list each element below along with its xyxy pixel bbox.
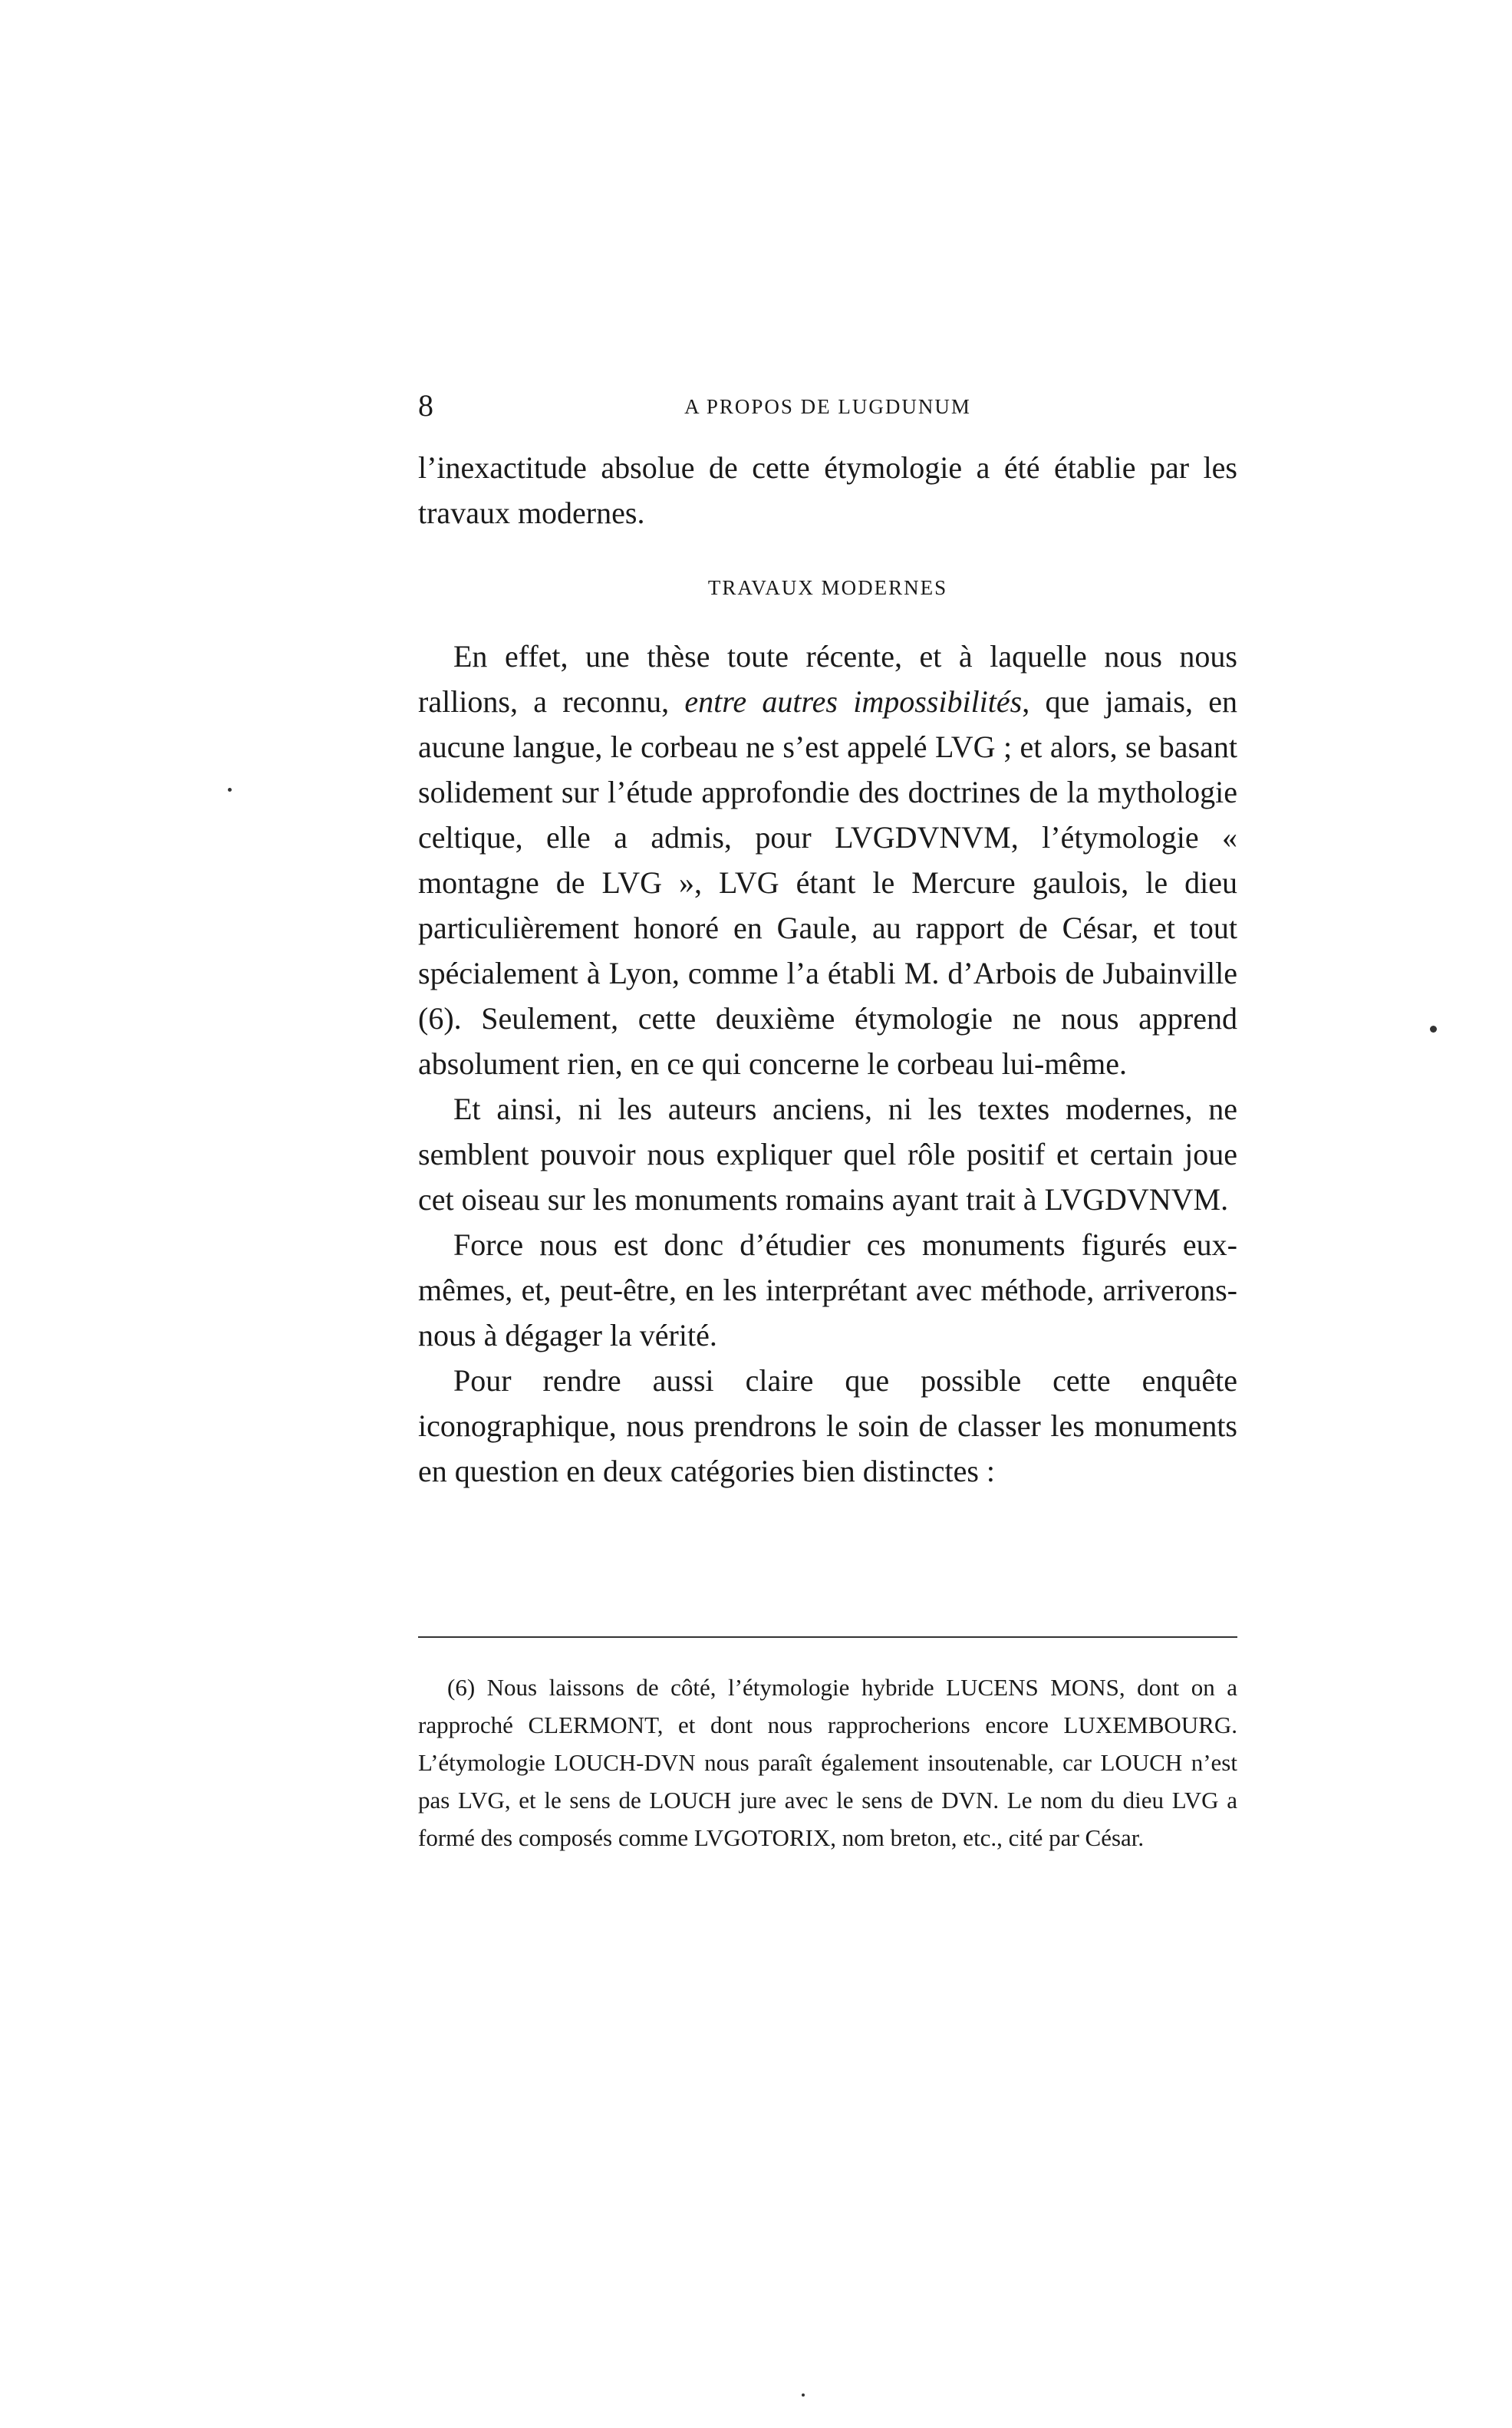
footnote-6: (6) Nous laissons de côté, l’étymologie … (418, 1669, 1237, 1856)
footnote-marker: (6) (447, 1674, 475, 1701)
opening-continuation: l’inexactitude absolue de cette étymolog… (418, 445, 1237, 535)
paragraph-4: Pour rendre aussi claire que possible ce… (418, 1358, 1237, 1494)
section-title: TRAVAUX MODERNES (418, 572, 1237, 603)
paragraph-1: En effet, une thèse toute récente, et à … (418, 634, 1237, 1086)
scan-speck (1430, 1026, 1437, 1033)
footnotes: (6) Nous laissons de côté, l’étymologie … (418, 1669, 1237, 1856)
running-head-title: A PROPOS DE LUGDUNUM (418, 395, 1237, 419)
body-text: l’inexactitude absolue de cette étymolog… (418, 445, 1237, 1494)
paragraph-3: Force nous est donc d’étudier ces monume… (418, 1222, 1237, 1358)
footnote-divider (418, 1636, 1237, 1638)
paragraph-2: Et ainsi, ni les auteurs anciens, ni les… (418, 1086, 1237, 1222)
paragraph-1-italic: entre autres impossibilités (684, 684, 1022, 719)
paragraph-1-part-b: , que jamais, en aucune langue, le corbe… (418, 684, 1237, 1081)
running-head: 8 A PROPOS DE LUGDUNUM (418, 387, 1237, 426)
footnote-text: Nous laissons de côté, l’étymologie hybr… (418, 1674, 1237, 1851)
scan-speck (802, 2393, 805, 2397)
scan-speck (228, 788, 232, 792)
